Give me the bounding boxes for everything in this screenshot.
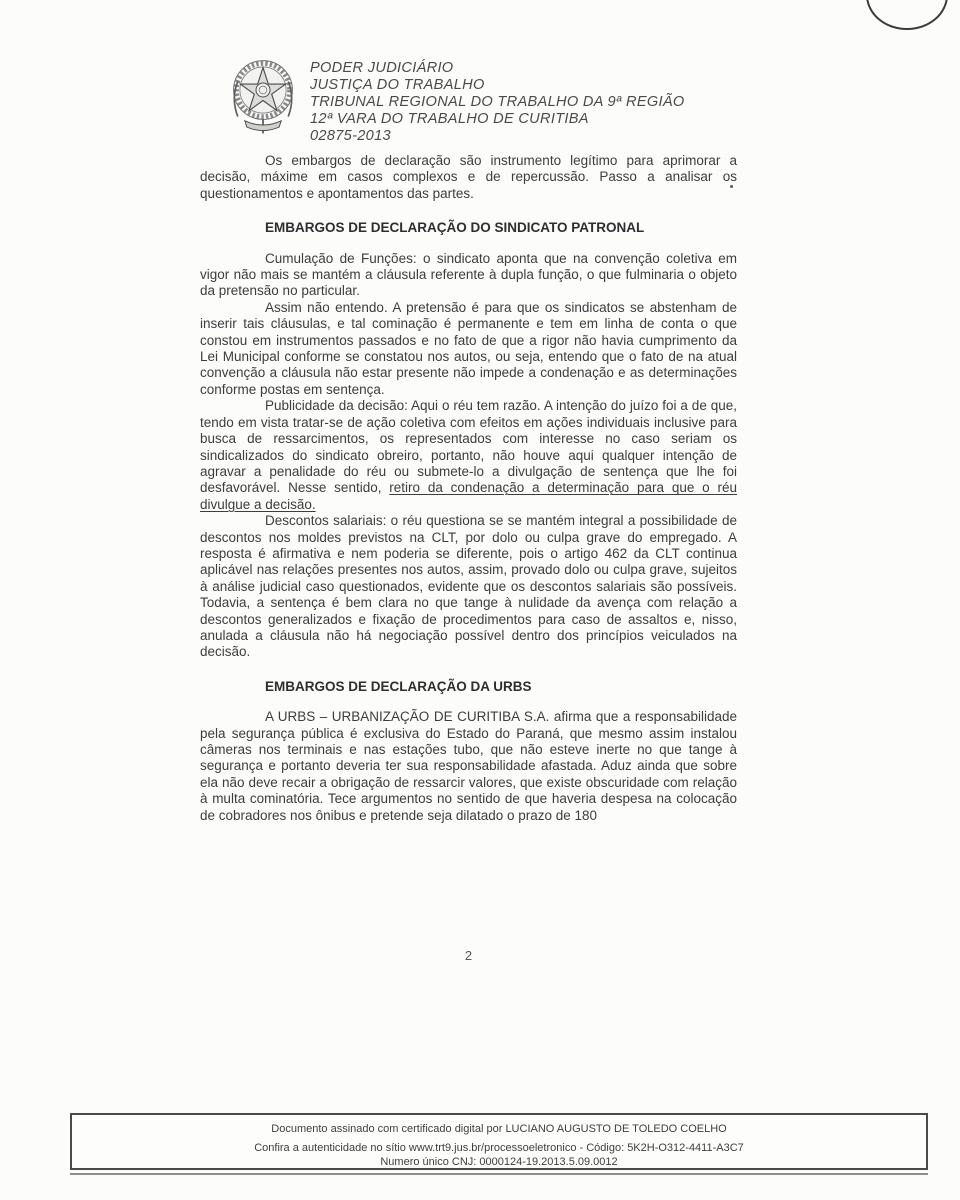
letterhead-line-processo: 02875-2013 (310, 128, 685, 145)
paragraph-cumulacao: Cumulação de Funções: o sindicato aponta… (200, 251, 737, 300)
letterhead-line-justica: JUSTIÇA DO TRABALHO (310, 77, 685, 94)
paragraph-descontos: Descontos salariais: o réu questiona se … (200, 513, 737, 661)
brazil-coat-of-arms-icon (228, 54, 298, 140)
paragraph-assim: Assim não entendo. A pretensão é para qu… (200, 300, 737, 398)
document-body: Os embargos de declaração são instrument… (200, 153, 737, 824)
letterhead-lines: PODER JUDICIÁRIO JUSTIÇA DO TRABALHO TRI… (310, 54, 685, 145)
page-number: 2 (200, 948, 737, 963)
paragraph-urbs: A URBS – URBANIZAÇÃO DE CURITIBA S.A. af… (200, 709, 737, 824)
paragraph-intro: Os embargos de declaração são instrument… (200, 153, 737, 202)
letterhead-line-tribunal: TRIBUNAL REGIONAL DO TRABALHO DA 9ª REGI… (310, 94, 685, 111)
signature-certification-box: Documento assinado com certificado digit… (70, 1113, 928, 1170)
letterhead-line-vara: 12ª VARA DO TRABALHO DE CURITIBA (310, 111, 685, 128)
scan-artifact-dot (730, 185, 733, 188)
letterhead: PODER JUDICIÁRIO JUSTIÇA DO TRABALHO TRI… (228, 54, 685, 145)
authenticity-line: Confira a autenticidade no sítio www.trt… (72, 1142, 926, 1154)
letterhead-line-poder: PODER JUDICIÁRIO (310, 60, 685, 77)
heading-urbs: EMBARGOS DE DECLARAÇÃO DA URBS (200, 679, 737, 695)
signature-line: Documento assinado com certificado digit… (72, 1123, 926, 1135)
heading-sindicato-patronal: EMBARGOS DE DECLARAÇÃO DO SINDICATO PATR… (200, 220, 737, 236)
cnj-number-line: Numero único CNJ: 0000124-19.2013.5.09.0… (72, 1156, 926, 1168)
paragraph-publicidade: Publicidade da decisão: Aqui o réu tem r… (200, 398, 737, 513)
punch-hole-circle (866, 0, 948, 30)
document-page: PODER JUDICIÁRIO JUSTIÇA DO TRABALHO TRI… (0, 0, 960, 1200)
